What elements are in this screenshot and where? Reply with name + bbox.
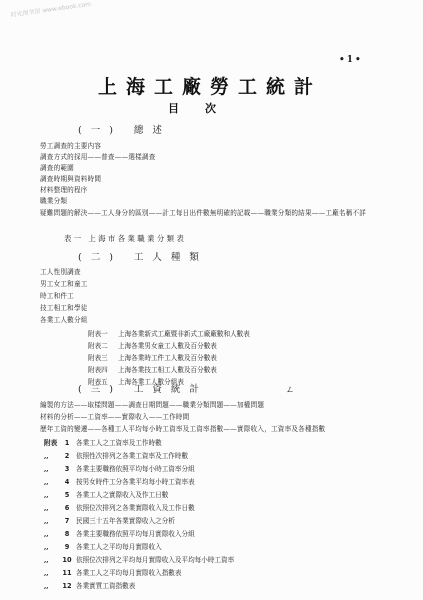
page-title: 上海工廠勞工統計: [98, 72, 322, 99]
toc-entry[interactable]: 各業工人數分組: [40, 316, 88, 324]
ditto-mark: ,,: [44, 465, 58, 473]
figure-number: 9: [58, 543, 76, 551]
toc-entry[interactable]: 調查方式的採用——普查——選樣調查: [40, 153, 156, 161]
figure-title: 民國三十五年各業實際收入之分析: [76, 517, 175, 525]
ditto-mark: ,,: [44, 556, 58, 564]
ditto-mark: ,,: [44, 543, 58, 551]
figure-entry[interactable]: ,,4按男女時件工分各業平均每小時工資率表: [44, 476, 195, 486]
toc-entry[interactable]: 時工和件工: [40, 292, 74, 300]
appendix-title: 上海各業時工件工人數及百分數表: [118, 354, 217, 362]
figure-number: 7: [58, 517, 76, 525]
toc-entry[interactable]: 材料整理的程序: [40, 186, 88, 194]
figure-number: 4: [58, 478, 76, 486]
figure-entry[interactable]: ,,8各業主要職務依照平均每月實際收入分組: [44, 528, 195, 538]
figure-number: 3: [58, 465, 76, 473]
figure-number: 8: [58, 530, 76, 538]
figure-entry[interactable]: ,,2依照性次排列之各業工資率及工作時數: [44, 450, 188, 460]
toc-entry[interactable]: 疑難問題的解決——工人身分的區別——計工每日出件數無明確的記載——職業分類的結果…: [40, 208, 385, 219]
margin-mark: ㄥ: [286, 384, 294, 395]
toc-entry[interactable]: 男工女工和童工: [40, 280, 88, 288]
toc-entry[interactable]: 調查時期與資料時間: [40, 175, 101, 183]
section-heading-2: (二) 工人種類: [78, 249, 208, 263]
toc-entry[interactable]: 職業分類: [40, 197, 67, 205]
toc-heading: 目次: [168, 100, 242, 116]
figure-entry[interactable]: ,,9各業工人之平均每月實際收入: [44, 541, 162, 551]
appendix-entry[interactable]: 附表一上海各業新式工廠暨非新式工廠廠數和人數表: [88, 328, 250, 338]
figure-title: 各業主要職務依照平均每小時工資率分組: [76, 465, 195, 473]
ditto-mark: ,,: [44, 452, 58, 460]
figure-title: 各業實質工資指數表: [76, 582, 135, 590]
figure-number: 12: [58, 582, 76, 590]
figure-title: 各業工人之平均每月實際收入指數表: [76, 569, 182, 577]
page-number: •1•: [339, 55, 363, 65]
figure-entry[interactable]: ,,11各業工人之平均每月實際收入指數表: [44, 567, 182, 577]
toc-entry[interactable]: 編製的方法——取樣問題——調查日期問題——職業分類問題——加權問題: [40, 401, 264, 409]
ditto-mark: ,,: [44, 530, 58, 538]
appendix-number: 附表二: [88, 340, 118, 350]
figure-title: 按男女時件工分各業平均每小時工資率表: [76, 478, 195, 486]
ditto-mark: ,,: [44, 491, 58, 499]
toc-entry[interactable]: 歷年工資的變遷——各種工人平均每小時工資率及工資率指數——實際收入，工資率及各種…: [40, 425, 325, 433]
appendix-number: 附表一: [88, 328, 118, 338]
appendix-number: 附表四: [88, 364, 118, 374]
figure-entry[interactable]: ,,6依照位次排列之各業實際收入及工作日數: [44, 502, 195, 512]
toc-entry[interactable]: 技工相工和學徒: [40, 304, 88, 312]
section-heading-3: (三) 工資統計: [78, 381, 208, 395]
figure-number: 10: [58, 556, 76, 564]
ditto-mark: ,,: [44, 517, 58, 525]
ditto-mark: ,,: [44, 569, 58, 577]
figure-entry[interactable]: ,,5各業工人之實際收入及作工日數: [44, 489, 168, 499]
toc-entry[interactable]: 勞工調查的主要内容: [40, 142, 101, 150]
ditto-mark: ,,: [44, 478, 58, 486]
figure-entry[interactable]: ,,7民國三十五年各業實際收入之分析: [44, 515, 175, 525]
appendix-entry[interactable]: 附表二上海各業男女童工人數及百分數表: [88, 340, 217, 350]
appendix-entry[interactable]: 附表四上海各業技工相工人數及百分數表: [88, 364, 217, 374]
figure-title: 各業工人之平均每月實際收入: [76, 543, 162, 551]
appendix-title: 上海各業新式工廠暨非新式工廠廠數和人數表: [118, 330, 250, 338]
figure-entry[interactable]: ,,12各業實質工資指數表: [44, 580, 135, 590]
figure-entry[interactable]: ,,10依照位次排列之平均每月實際收入及平均每小時工資率: [44, 554, 234, 564]
ditto-mark: ,,: [44, 582, 58, 590]
toc-entry[interactable]: 材料的分析——工資率——實際收入——工作時間: [40, 413, 189, 421]
appendix-number: 附表三: [88, 352, 118, 362]
figure-title: 各業工人之工資率及工作時數: [76, 439, 162, 447]
figure-number: 1: [58, 439, 76, 447]
toc-entry[interactable]: 工人性別調查: [40, 268, 81, 276]
figure-title: 依照性次排列之各業工資率及工作時數: [76, 452, 188, 460]
figure-number: 5: [58, 491, 76, 499]
figure-prefix: 附表: [44, 437, 58, 447]
figure-title: 各業主要職務依照平均每月實際收入分組: [76, 530, 195, 538]
figure-number: 11: [58, 569, 76, 577]
figure-number: 6: [58, 504, 76, 512]
figure-title: 各業工人之實際收入及作工日數: [76, 491, 168, 499]
ditto-mark: ,,: [44, 504, 58, 512]
section-heading-1: (一) 總述: [78, 122, 171, 136]
figure-title: 依照位次排列之平均每月實際收入及平均每小時工資率: [76, 556, 234, 564]
toc-entry[interactable]: 調查的範圍: [40, 164, 74, 172]
figure-entry[interactable]: ,,3各業主要職務依照平均每小時工資率分組: [44, 463, 195, 473]
table-entry[interactable]: 表一 上海市各業職業分類表: [64, 233, 186, 244]
figure-entry[interactable]: 附表1各業工人之工資率及工作時數: [44, 437, 162, 447]
watermark: 时光图书馆 www.ebook.com: [10, 0, 91, 19]
appendix-title: 上海各業男女童工人數及百分數表: [118, 342, 217, 350]
appendix-title: 上海各業技工相工人數及百分數表: [118, 366, 217, 374]
appendix-entry[interactable]: 附表三上海各業時工件工人數及百分數表: [88, 352, 217, 362]
figure-number: 2: [58, 452, 76, 460]
figure-title: 依照位次排列之各業實際收入及工作日數: [76, 504, 195, 512]
